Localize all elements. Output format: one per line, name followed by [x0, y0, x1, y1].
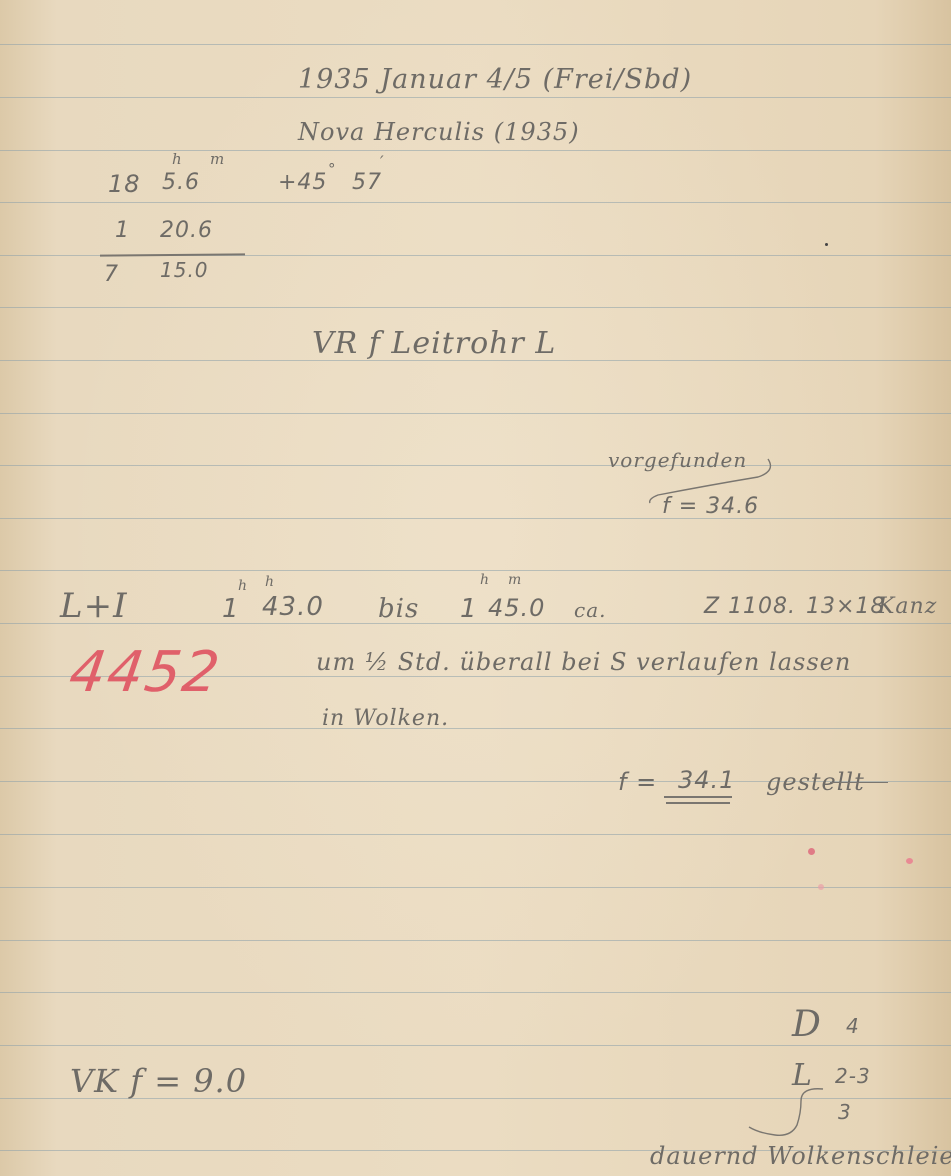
start-unit-h: h — [238, 578, 248, 594]
rating-symbol-s-curve-icon — [745, 1085, 825, 1145]
strike-line — [830, 782, 888, 783]
ra-unit-h: h — [172, 150, 183, 168]
header-object-line: Nova Herculis (1935) — [298, 118, 580, 146]
dec-degree-symbol: ° — [328, 160, 337, 178]
start-minutes: 43.0 — [262, 592, 324, 622]
ruled-line — [0, 97, 951, 98]
ruled-line — [0, 992, 951, 993]
red-speck — [906, 858, 913, 864]
remark-line-2: in Wolken. — [322, 706, 449, 731]
notebook-page: 1935 Januar 4/5 (Frei/Sbd) Nova Herculis… — [0, 0, 951, 1176]
end-minutes: 45.0 — [488, 594, 545, 622]
ink-speck — [825, 243, 828, 246]
plate-id: Z 1108. — [704, 594, 796, 619]
focus-set-prefix: f = — [618, 768, 657, 796]
ruled-line — [0, 413, 951, 414]
row2-hours: 1 — [115, 218, 130, 243]
ra-hours: 18 — [108, 170, 141, 198]
end-hours: 1 — [460, 594, 478, 624]
dec-minutes: 57 — [352, 170, 382, 195]
ruled-line — [0, 887, 951, 888]
instrument-label: L+I — [60, 586, 128, 626]
ruled-line — [0, 940, 951, 941]
row2-minutes: 20.6 — [160, 218, 213, 243]
double-underline-2 — [666, 802, 730, 804]
result-minutes: 15.0 — [160, 258, 209, 282]
ra-unit-m: m — [210, 150, 225, 168]
ruled-line — [0, 44, 951, 45]
bis-word: bis — [378, 594, 419, 624]
start-unit-m: h — [265, 574, 275, 590]
end-unit-m: m — [508, 572, 522, 588]
ruled-line — [0, 307, 951, 308]
plate-size: 13×18 — [806, 594, 885, 619]
focus-found-value: f = 34.6 — [662, 494, 759, 519]
result-hours: 7 — [104, 262, 119, 287]
setup-line: VR f Leitrohr L — [312, 326, 556, 361]
rating-value-l: 2-3 — [835, 1064, 871, 1088]
plate-note: Kanz — [878, 594, 937, 619]
bottom-note: dauernd Wolkenschleier — [650, 1142, 951, 1170]
ruled-line — [0, 1045, 951, 1046]
rating-symbol-d: D — [792, 1004, 822, 1045]
dec-degrees: +45 — [278, 170, 327, 195]
ruled-line — [0, 728, 951, 729]
ruled-line — [0, 202, 951, 203]
plate-number-red: 4452 — [65, 640, 225, 705]
start-hours: 1 — [222, 594, 240, 624]
remark-line-1: um ½ Std. überall bei S verlaufen lassen — [316, 648, 851, 676]
red-speck — [808, 848, 815, 855]
double-underline-1 — [664, 796, 732, 798]
red-speck — [818, 884, 824, 890]
rating-value-s: 3 — [838, 1100, 852, 1124]
ruled-line — [0, 518, 951, 519]
vr-focus-note: VK f = 9.0 — [70, 1062, 247, 1100]
ca-word: ca. — [574, 598, 606, 622]
ra-minutes: 5.6 — [162, 170, 200, 195]
ruled-line — [0, 834, 951, 835]
ruled-line — [0, 465, 951, 466]
dec-minute-symbol: ′ — [380, 152, 385, 171]
focus-set-value: 34.1 — [678, 766, 735, 794]
ruled-line — [0, 570, 951, 571]
rating-value-d: 4 — [846, 1014, 860, 1038]
end-unit-h: h — [480, 572, 490, 588]
ruled-line — [0, 150, 951, 151]
header-date-line: 1935 Januar 4/5 (Frei/Sbd) — [298, 64, 692, 95]
